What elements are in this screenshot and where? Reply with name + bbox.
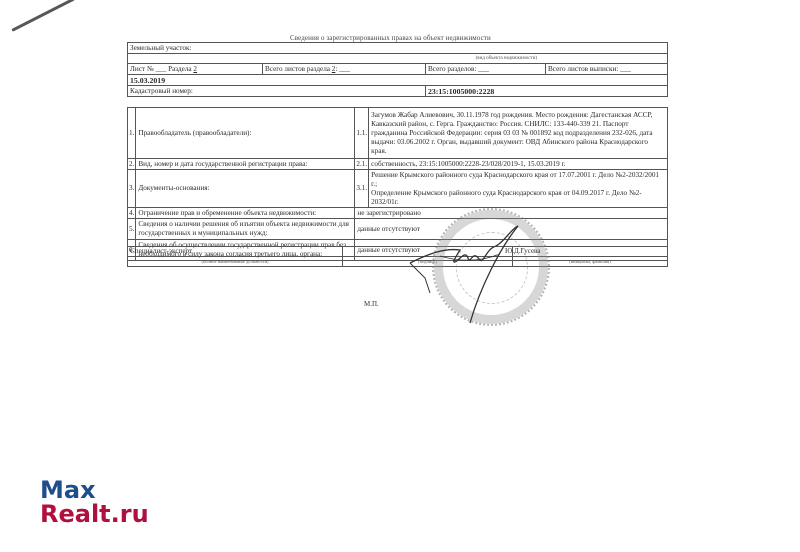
pen-mark [11,0,75,32]
signature-table: Специалист-эксперт (полное наименование … [127,246,668,267]
table-row: 4. Ограничение прав и обременение объект… [128,208,668,219]
document-title: Сведения о зарегистрированных правах на … [290,34,491,42]
cadastral-number: 23:15:1005000:2228 [426,86,668,97]
object-caption: (вид объекта недвижимости) [128,54,668,64]
maxrealt-watermark: Max Realt.ru [40,478,149,526]
table-row: 1. Правообладатель (правообладатели): 1.… [128,108,668,159]
total-sheets-section: Всего листов раздела 2: ___ [263,64,426,75]
sheet-section: Лист № ___ Раздела 2 [128,64,263,75]
position-caption: (полное наименование должности) [128,257,343,267]
rights-table: 1. Правообладатель (правообладатели): 1.… [127,107,668,261]
header-table: Земельный участок: (вид объекта недвижим… [127,42,668,97]
total-sheets-extract: Всего листов выписки: ___ [546,64,668,75]
signer-name: Ю.Д.Гусева [505,247,540,255]
logo-line-2: Realt.ru [40,502,149,526]
logo-line-1: Max [40,478,149,502]
handwritten-signature [400,218,540,328]
table-row: 3. Документы-основания: 3.1. Решение Кры… [128,170,668,208]
section-number: 2 [193,65,197,73]
document-date: 15.03.2019 [128,75,668,86]
position: Специалист-эксперт [128,247,343,257]
total-sections: Всего разделов: ___ [426,64,546,75]
table-row: 5. Сведения о наличии решения об изъятии… [128,219,668,240]
cadastral-label: Кадастровый номер: [128,86,426,97]
object-type: Земельный участок: [128,43,668,54]
table-row: 2. Вид, номер и дата государственной рег… [128,159,668,170]
stamp-place-label: М.П. [364,300,379,308]
